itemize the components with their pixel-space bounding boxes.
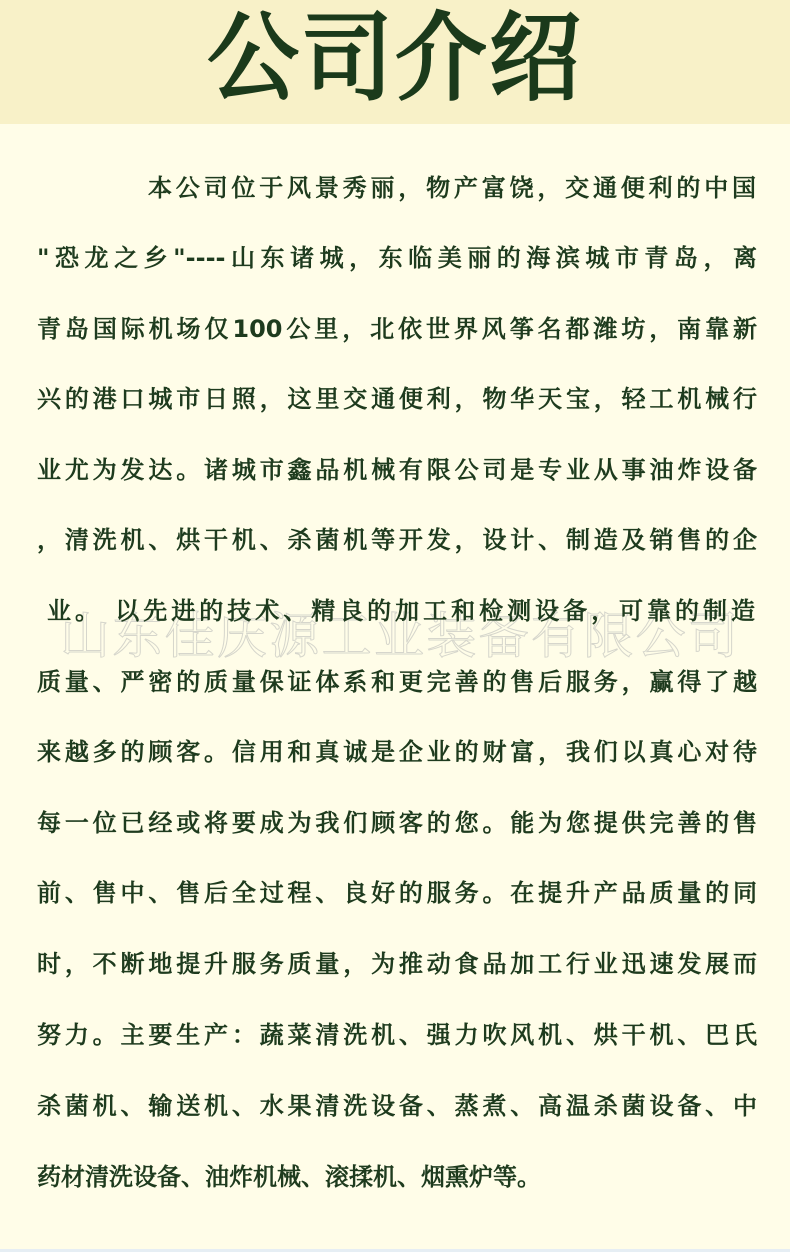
paragraph-line: 兴的港口城市日照，这里交通便利，物华天宝，轻工机械行 (37, 379, 757, 419)
paragraph-line: 前、售中、售后全过程、良好的服务。在提升产品质量的同 (37, 873, 757, 913)
paragraph-line: ，清洗机、烘干机、杀菌机等开发，设计、制造及销售的企 (37, 520, 757, 560)
page-title: 公司介绍 (0, 0, 790, 127)
paragraph-line: 青岛国际机场仅100公里，北依世界风筝名都潍坊，南靠新 (37, 309, 757, 349)
paragraph-line: 来越多的顾客。信用和真诚是企业的财富，我们以真心对待 (37, 732, 757, 772)
paragraph-line: 业。 以先进的技术、精良的加工和检测设备，可靠的制造 (47, 591, 755, 631)
paragraph-line: 药材清洗设备、油炸机械、滚揉机、烟熏炉等。 (37, 1157, 607, 1197)
paragraph-line: 时，不断地提升服务质量，为推动食品加工行业迅速发展而 (37, 944, 757, 984)
paragraph-line: 业尤为发达。诸城市鑫品机械有限公司是专业从事油炸设备 (37, 450, 757, 490)
paragraph-line: 每一位已经或将要成为我们顾客的您。能为您提供完善的售 (37, 803, 757, 843)
paragraph-line: 质量、严密的质量保证体系和更完善的售后服务，赢得了越 (37, 662, 757, 702)
paragraph-line: 努力。主要生产：蔬菜清洗机、强力吹风机、烘干机、巴氏 (37, 1015, 757, 1055)
paragraph-line: "恐龙之乡"----山东诸城，东临美丽的海滨城市青岛，离 (37, 238, 757, 278)
paragraph-line: 本公司位于风景秀丽，物产富饶，交通便利的中国 (148, 168, 756, 208)
paragraph-line: 杀菌机、输送机、水果清洗设备、蒸煮、高温杀菌设备、中 (37, 1086, 757, 1126)
